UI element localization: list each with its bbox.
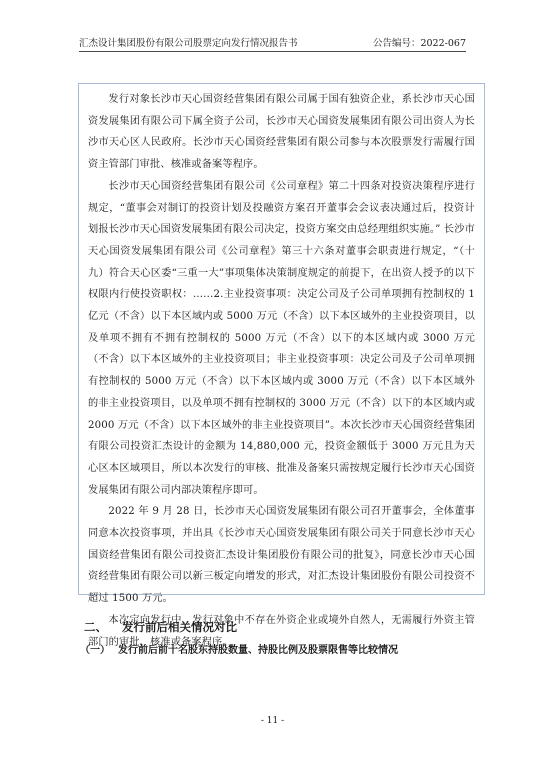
page-header: 汇杰设计集团股份有限公司股票定向发行情况报告书 公告编号：2022-067 (79, 37, 466, 52)
content-box: 发行对象长沙市天心国资经营集团有限公司属于国有独资企业，系长沙市天心国资发展集团… (78, 83, 485, 595)
document-title: 汇杰设计集团股份有限公司股票定向发行情况报告书 (79, 38, 298, 50)
page-number: - 11 - (0, 716, 545, 726)
paragraph-state-owned: 发行对象长沙市天心国资经营集团有限公司属于国有独资企业，系长沙市天心国资发展集团… (88, 89, 475, 176)
paragraph-articles-of-association: 长沙市天心国资经营集团有限公司《公司章程》第二十四条对投资决策程序进行规定，“董… (88, 176, 475, 502)
section-title: 发行前后相关情况对比 (122, 620, 237, 634)
subsection-title: 发行前后前十名股东持股数量、持股比例及股票限售等比较情况 (118, 645, 398, 656)
section-heading: 二、发行前后相关情况对比 (84, 619, 237, 635)
subsection-number: （一） (80, 641, 118, 656)
subsection-heading: （一）发行前后前十名股东持股数量、持股比例及股票限售等比较情况 (84, 641, 398, 656)
section-number: 二、 (84, 619, 122, 635)
paragraph-board-approval: 2022 年 9 月 28 日，长沙市天心国资发展集团有限公司召开董事会，全体董… (88, 501, 475, 610)
announcement-number: 公告编号：2022-067 (373, 38, 466, 50)
